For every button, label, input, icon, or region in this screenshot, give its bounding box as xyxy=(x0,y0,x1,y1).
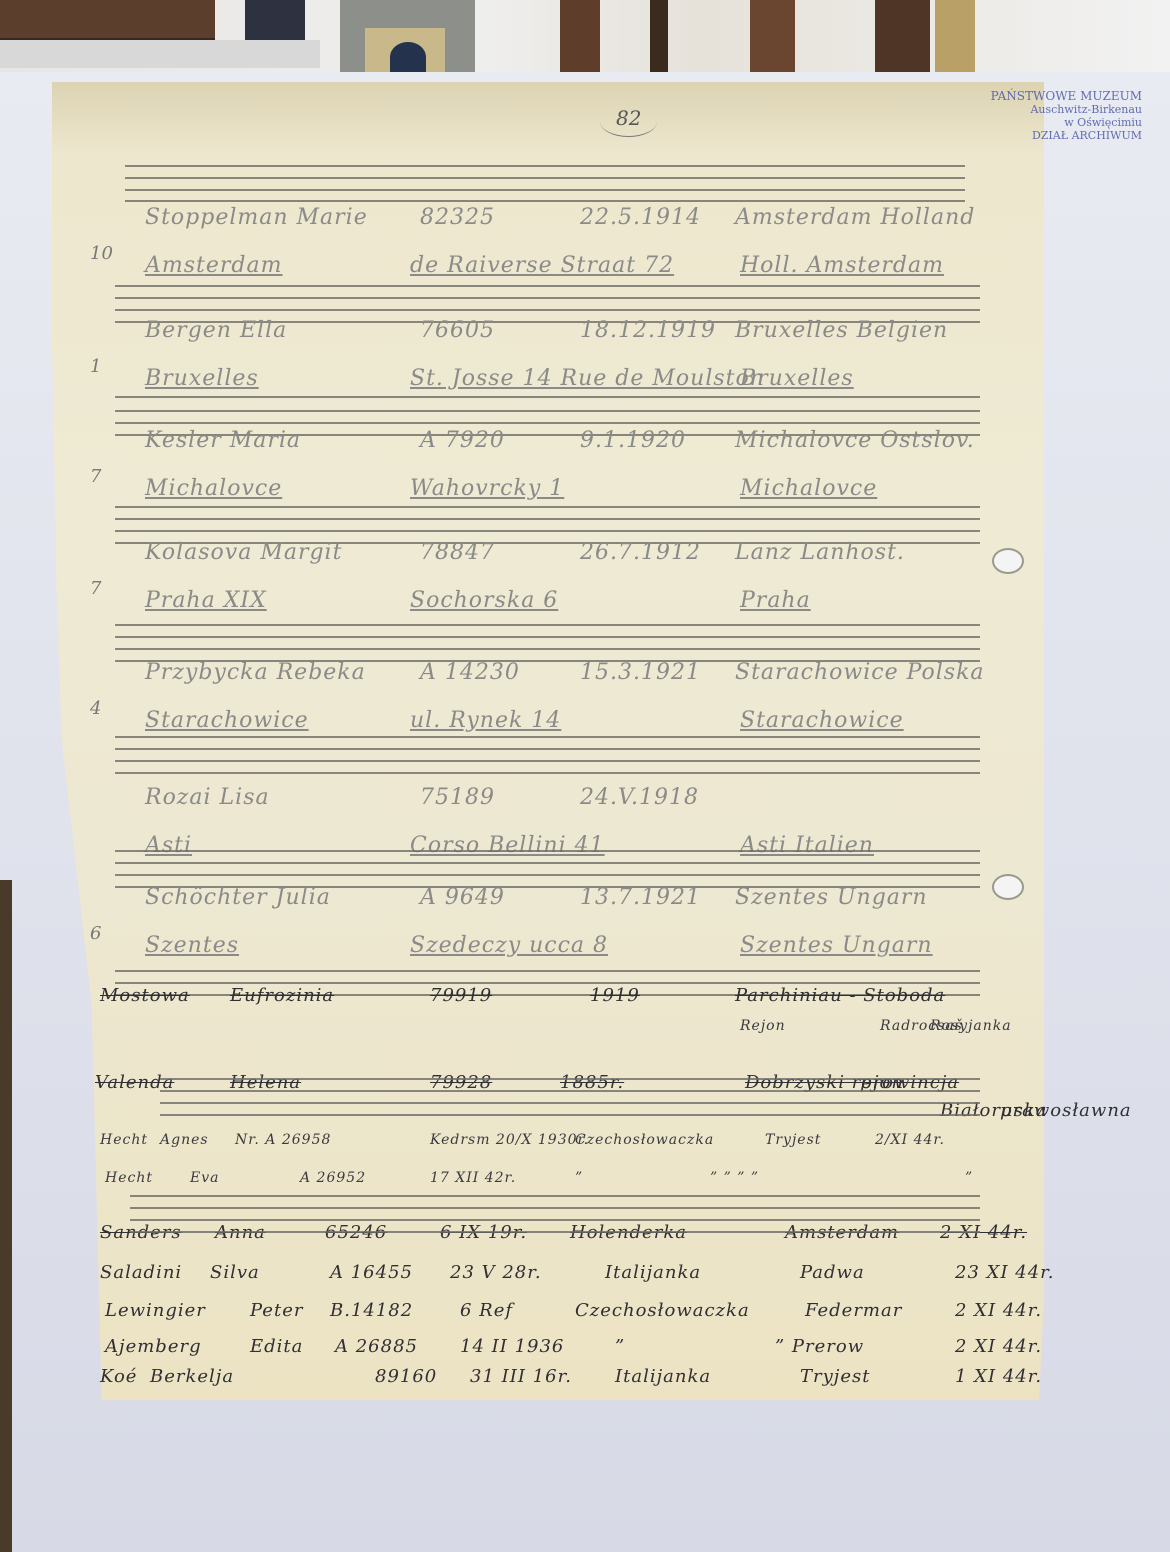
ink-entry-cell: Silva xyxy=(210,1262,260,1283)
ruled-line xyxy=(115,874,980,876)
ink-entry-cell: Peter xyxy=(250,1300,303,1321)
ruled-line xyxy=(130,1195,980,1197)
ruled-line xyxy=(115,297,980,299)
ink-entry-cell: ” Prerow xyxy=(775,1336,864,1357)
entry-city: Asti xyxy=(145,833,192,858)
ink-entry-cell: 89160 xyxy=(375,1366,437,1387)
entry-destination: Bruxelles xyxy=(740,366,854,391)
page-number: 82 xyxy=(600,106,657,137)
entry-number: A 9649 xyxy=(420,885,505,910)
ruled-line xyxy=(160,1078,980,1080)
ink-entry-cell: Rosyjanka xyxy=(930,1018,1012,1034)
furniture xyxy=(875,0,930,72)
entry-address: Sochorska 6 xyxy=(410,588,558,613)
ink-entry-cell: Eva xyxy=(190,1170,219,1186)
entry-number: 78847 xyxy=(420,540,495,565)
furniture xyxy=(935,0,975,72)
ruled-line xyxy=(125,189,965,191)
ruled-line xyxy=(125,177,965,179)
ink-entry-cell: Parchiniau - Stoboda xyxy=(735,985,945,1006)
entry-birthplace: Szentes Ungarn xyxy=(735,885,928,910)
entry-address: St. Josse 14 Rue de Moulston xyxy=(410,366,765,391)
ruled-line xyxy=(115,636,980,638)
entry-date: 15.3.1921 xyxy=(580,660,701,685)
ruled-line xyxy=(115,309,980,311)
stamp-line: DZIAŁ ARCHIWUM xyxy=(952,129,1142,142)
background-room xyxy=(0,0,1170,78)
ink-entry-cell: Tryjest xyxy=(765,1132,821,1148)
entry-city: Michalovce xyxy=(145,476,282,501)
ink-entry-cell: 31 III 16r. xyxy=(470,1366,572,1387)
entry-number: 76605 xyxy=(420,318,495,343)
ink-entry-cell: Italijanka xyxy=(615,1366,711,1387)
ink-entry-cell: 1 XI 44r. xyxy=(955,1366,1042,1387)
ruled-line xyxy=(115,410,980,412)
ruled-line xyxy=(115,772,980,774)
ruled-line xyxy=(125,165,965,167)
ink-entry-cell: Rejon xyxy=(740,1018,786,1034)
ink-entry-cell: ” xyxy=(965,1170,973,1186)
entry-number: 75189 xyxy=(420,785,495,810)
ink-entry-cell: Kedrsm 20/X 1930r. xyxy=(430,1132,589,1148)
ruled-line xyxy=(115,422,980,424)
ruled-line xyxy=(115,518,980,520)
entry-number: A 7920 xyxy=(420,428,505,453)
ink-entry-cell: Ajemberg xyxy=(105,1336,202,1357)
entry-birthplace: Bruxelles Belgien xyxy=(735,318,948,343)
entry-number: 82325 xyxy=(420,205,495,230)
entry-birthplace: Lanz Lanhost. xyxy=(735,540,905,565)
ink-entry-cell: Czechosłowaczka xyxy=(575,1300,750,1321)
ruled-line xyxy=(115,285,980,287)
ruled-line xyxy=(115,506,980,508)
entry-city: Amsterdam xyxy=(145,253,282,278)
ink-entry-cell: B.14182 xyxy=(330,1300,413,1321)
entry-address: Wahovrcky 1 xyxy=(410,476,564,501)
ink-entry-cell: ” xyxy=(575,1170,583,1186)
entry-date: 22.5.1914 xyxy=(580,205,701,230)
stamp-line: PAŃSTWOWE MUZEUM xyxy=(952,90,1142,103)
ink-entry-cell: 14 II 1936 xyxy=(460,1336,564,1357)
entry-destination: Szentes Ungarn xyxy=(740,933,933,958)
ink-entry-cell: Nr. A 26958 xyxy=(235,1132,331,1148)
shelf xyxy=(0,40,320,68)
entry-address: Szedeczy ucca 8 xyxy=(410,933,608,958)
entry-date: 13.7.1921 xyxy=(580,885,701,910)
ruled-line xyxy=(115,982,980,984)
entry-name: Przybycka Rebeka xyxy=(145,660,366,685)
entry-address: ul. Rynek 14 xyxy=(410,708,561,733)
ink-entry-cell: 23 XI 44r. xyxy=(955,1262,1055,1283)
ink-entry-cell: Saladini xyxy=(100,1262,182,1283)
ruled-line xyxy=(130,1219,980,1221)
furniture xyxy=(650,0,668,72)
ink-entry-cell: Padwa xyxy=(800,1262,865,1283)
ink-entry-cell: Edita xyxy=(250,1336,303,1357)
entry-destination: Starachowice xyxy=(740,708,904,733)
ink-entry-cell: Mostowa xyxy=(100,985,190,1006)
archive-stamp: PAŃSTWOWE MUZEUM Auschwitz-Birkenau w Oś… xyxy=(952,90,1142,142)
ruled-line xyxy=(115,970,980,972)
ink-entry-cell: Hecht xyxy=(105,1170,153,1186)
margin-number: 1 xyxy=(90,356,101,377)
entry-city: Szentes xyxy=(145,933,239,958)
entry-birthplace: Michalovce Ostslov. xyxy=(735,428,975,453)
entry-address: de Raiverse Straat 72 xyxy=(410,253,674,278)
stamp-line: w Oświęcimiu xyxy=(952,116,1142,129)
ink-entry-cell: Czechosłowaczka xyxy=(575,1132,714,1148)
entry-birthplace: Amsterdam Holland xyxy=(735,205,975,230)
entry-birthplace: Starachowice Polska xyxy=(735,660,985,685)
entry-destination: Praha xyxy=(740,588,811,613)
ruled-line xyxy=(160,1114,980,1116)
ink-entry-cell: 6 Ref xyxy=(460,1300,513,1321)
entry-name: Schöchter Julia xyxy=(145,885,331,910)
ink-entry-cell: 2 XI 44r. xyxy=(955,1336,1042,1357)
ink-entry-cell: A 26885 xyxy=(335,1336,418,1357)
ink-entry-cell: ” ” ” ” xyxy=(710,1170,759,1186)
ruled-line xyxy=(115,850,980,852)
margin-number: 6 xyxy=(90,923,101,944)
ink-entry-cell: Koé xyxy=(100,1366,137,1387)
entry-city: Praha XIX xyxy=(145,588,267,613)
ink-entry-cell: 17 XII 42r. xyxy=(430,1170,516,1186)
entry-name: Bergen Ella xyxy=(145,318,287,343)
furniture xyxy=(750,0,795,72)
ink-entry-cell: prawosławna xyxy=(1000,1100,1132,1121)
ruled-line xyxy=(115,862,980,864)
furniture xyxy=(560,0,600,72)
entry-date: 26.7.1912 xyxy=(580,540,701,565)
ink-entry-cell: 2 XI 44r. xyxy=(955,1300,1042,1321)
ruled-line xyxy=(115,624,980,626)
entry-date: 18.12.1919 xyxy=(580,318,716,343)
ink-entry-cell: 79919 xyxy=(430,985,492,1006)
ink-entry-cell: Federmar xyxy=(805,1300,902,1321)
ruled-line xyxy=(115,648,980,650)
ruled-line xyxy=(115,748,980,750)
ink-entry-cell: Berkelja xyxy=(150,1366,234,1387)
entry-name: Rozai Lisa xyxy=(145,785,270,810)
entry-name: Stoppelman Marie xyxy=(145,205,368,230)
background-edge xyxy=(0,880,12,1552)
ink-entry-cell: 1919 xyxy=(590,985,640,1006)
entry-address: Corso Bellini 41 xyxy=(410,833,605,858)
ink-entry-cell: 23 V 28r. xyxy=(450,1262,542,1283)
picture-frame xyxy=(0,0,215,42)
entry-destination: Asti Italien xyxy=(740,833,874,858)
margin-number: 4 xyxy=(90,698,101,719)
ruled-line xyxy=(125,200,965,202)
punch-hole xyxy=(992,548,1024,574)
picture-frame xyxy=(340,0,475,72)
margin-number: 7 xyxy=(90,466,101,487)
entry-date: 9.1.1920 xyxy=(580,428,686,453)
ink-entry-cell: Hecht xyxy=(100,1132,148,1148)
ruled-line xyxy=(115,760,980,762)
entry-date: 24.V.1918 xyxy=(580,785,699,810)
entry-number: A 14230 xyxy=(420,660,520,685)
ruled-line xyxy=(115,736,980,738)
punch-hole xyxy=(992,874,1024,900)
ink-entry-cell: Agnes xyxy=(160,1132,209,1148)
ink-entry-cell: A 26952 xyxy=(300,1170,366,1186)
ink-entry-cell: Tryjest xyxy=(800,1366,870,1387)
entry-name: Kesler Maria xyxy=(145,428,301,453)
ruled-line xyxy=(160,1090,980,1092)
ink-entry-cell: 2/XI 44r. xyxy=(875,1132,945,1148)
stamp-line: Auschwitz-Birkenau xyxy=(952,103,1142,116)
ruled-line xyxy=(115,396,980,398)
entry-destination: Holl. Amsterdam xyxy=(740,253,944,278)
entry-city: Bruxelles xyxy=(145,366,259,391)
entry-city: Starachowice xyxy=(145,708,309,733)
ink-entry-cell: Lewingier xyxy=(105,1300,206,1321)
ink-entry-cell: ” xyxy=(615,1336,625,1357)
ink-entry-cell: A 16455 xyxy=(330,1262,413,1283)
margin-number: 7 xyxy=(90,578,101,599)
entry-destination: Michalovce xyxy=(740,476,877,501)
picture-frame xyxy=(245,0,305,40)
ruled-line xyxy=(115,530,980,532)
archival-page xyxy=(52,82,1044,1400)
ink-entry-cell: Italijanka xyxy=(605,1262,701,1283)
ruled-line xyxy=(130,1207,980,1209)
margin-number: 10 xyxy=(90,243,113,264)
ruled-line xyxy=(130,1231,980,1233)
ruled-line xyxy=(160,1102,980,1104)
entry-name: Kolasova Margit xyxy=(145,540,342,565)
ink-entry-cell: Eufrozinia xyxy=(230,985,334,1006)
